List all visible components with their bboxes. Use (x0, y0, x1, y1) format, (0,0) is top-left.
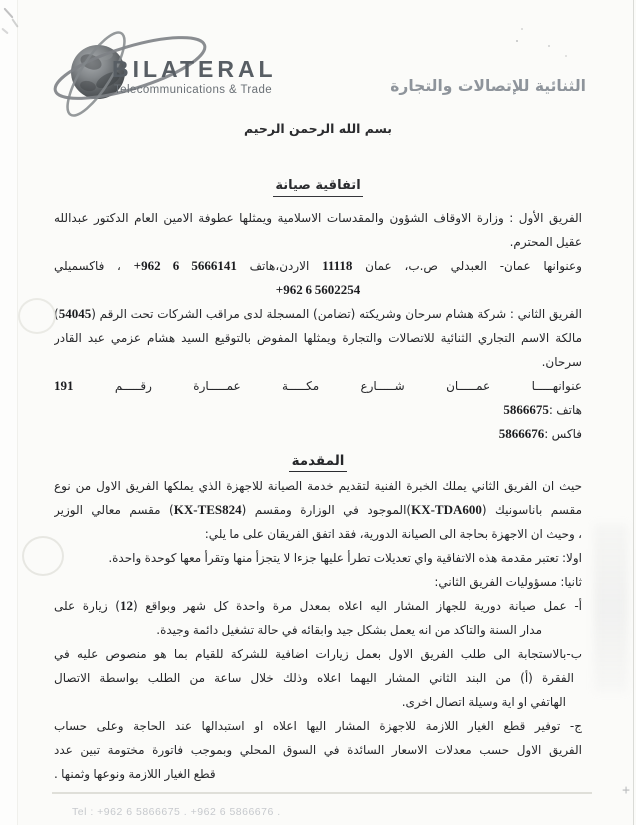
company-name-arabic: الثنائية للإتصالات والتجارة (390, 77, 586, 95)
party2-phone: هاتف :5866675 (54, 398, 582, 422)
party2-cont: مالكة الاسم التجاري الثنائية للاتصالات و… (54, 326, 582, 350)
basmala-text: بسم الله الرحمن الرحيم (0, 121, 636, 136)
item-c-line-2: الفريق الاول حسب معدلات الاسعار السائدة … (54, 738, 582, 762)
party1-line: الفريق الأول : وزارة الاوقاف الشؤون والم… (54, 206, 582, 230)
document-body: الفريق الأول : وزارة الاوقاف الشؤون والم… (54, 206, 582, 786)
footer-contact-text: Tel : +962 6 5866675 . +962 6 5866676 . (72, 806, 281, 818)
item-c-line-3: قطع الغيار اللازمة ونوعها وثمنها . (54, 762, 582, 786)
party2-cont2: سرحان. (54, 350, 582, 374)
clause-first: اولا: تعتبر مقدمة هذه الاتفاقية واي تعدي… (54, 546, 582, 570)
scan-speck (548, 45, 550, 47)
item-c-line-1: ج- توفير قطع الغيار اللازمة للاجهزة المش… (54, 714, 582, 738)
intro-line-3: ، وحيث ان الاجهزة بحاجة الى الصيانة الدو… (54, 522, 582, 546)
document-title: اتفاقية صيانة (0, 174, 636, 193)
intro-line-2: مقسم باناسونيك (KX-TDA600)الموجود في الو… (54, 498, 582, 522)
party2-address: عنوانهـــــا عمـــــان شـــــارع مكـــــ… (54, 374, 582, 398)
scan-speck (565, 55, 567, 57)
party1-address: وعنوانها عمان- العبدلي ص.ب، عمان 11118 ا… (54, 254, 582, 278)
clause-second: ثانيا: مسؤوليات الفريق الثاني: (54, 570, 582, 594)
hole-punch-mark (22, 536, 64, 576)
scanned-document-page: BILATERAL Telecommunications & Trade الث… (0, 0, 636, 825)
scan-cross-mark: + (622, 783, 630, 798)
item-b-line-3: الهاتفي او اية وسيلة اتصال اخرى. (54, 690, 582, 714)
scan-speck (521, 28, 523, 30)
logo-name: BILATERAL (112, 56, 277, 83)
logo-tagline: Telecommunications & Trade (114, 84, 272, 96)
section-heading-muqaddima: المقدمة (54, 446, 582, 474)
item-a-line-2: مدار السنة والتاكد من انه يعمل بشكل جيد … (54, 618, 582, 642)
party2-line: الفريق الثاني : شركة هشام سرحان وشريكته … (54, 302, 582, 326)
hole-punch-mark (18, 298, 56, 334)
footer-divider (52, 792, 592, 794)
scan-smudge (594, 524, 628, 692)
item-a-line-1: أ- عمل صيانة دورية للجهاز المشار اليه اع… (54, 594, 582, 618)
scan-speck (516, 40, 518, 42)
item-b-line-1: ب-بالاستجابة الى طلب الفريق الاول بعمل ز… (54, 642, 582, 666)
item-b-line-2: الفقرة (أ) من البند الثاني المشار اليهما… (54, 666, 582, 690)
party2-fax: فاكس :5866676 (54, 422, 582, 446)
party1-fax-number: +962 6 5602254 (54, 278, 582, 302)
party1-cont: عقيل المحترم. (54, 230, 582, 254)
intro-line-1: حيث ان الفريق الثاني يملك الخبرة الفنية … (54, 474, 582, 498)
document-title-text: اتفاقية صيانة (273, 178, 362, 197)
